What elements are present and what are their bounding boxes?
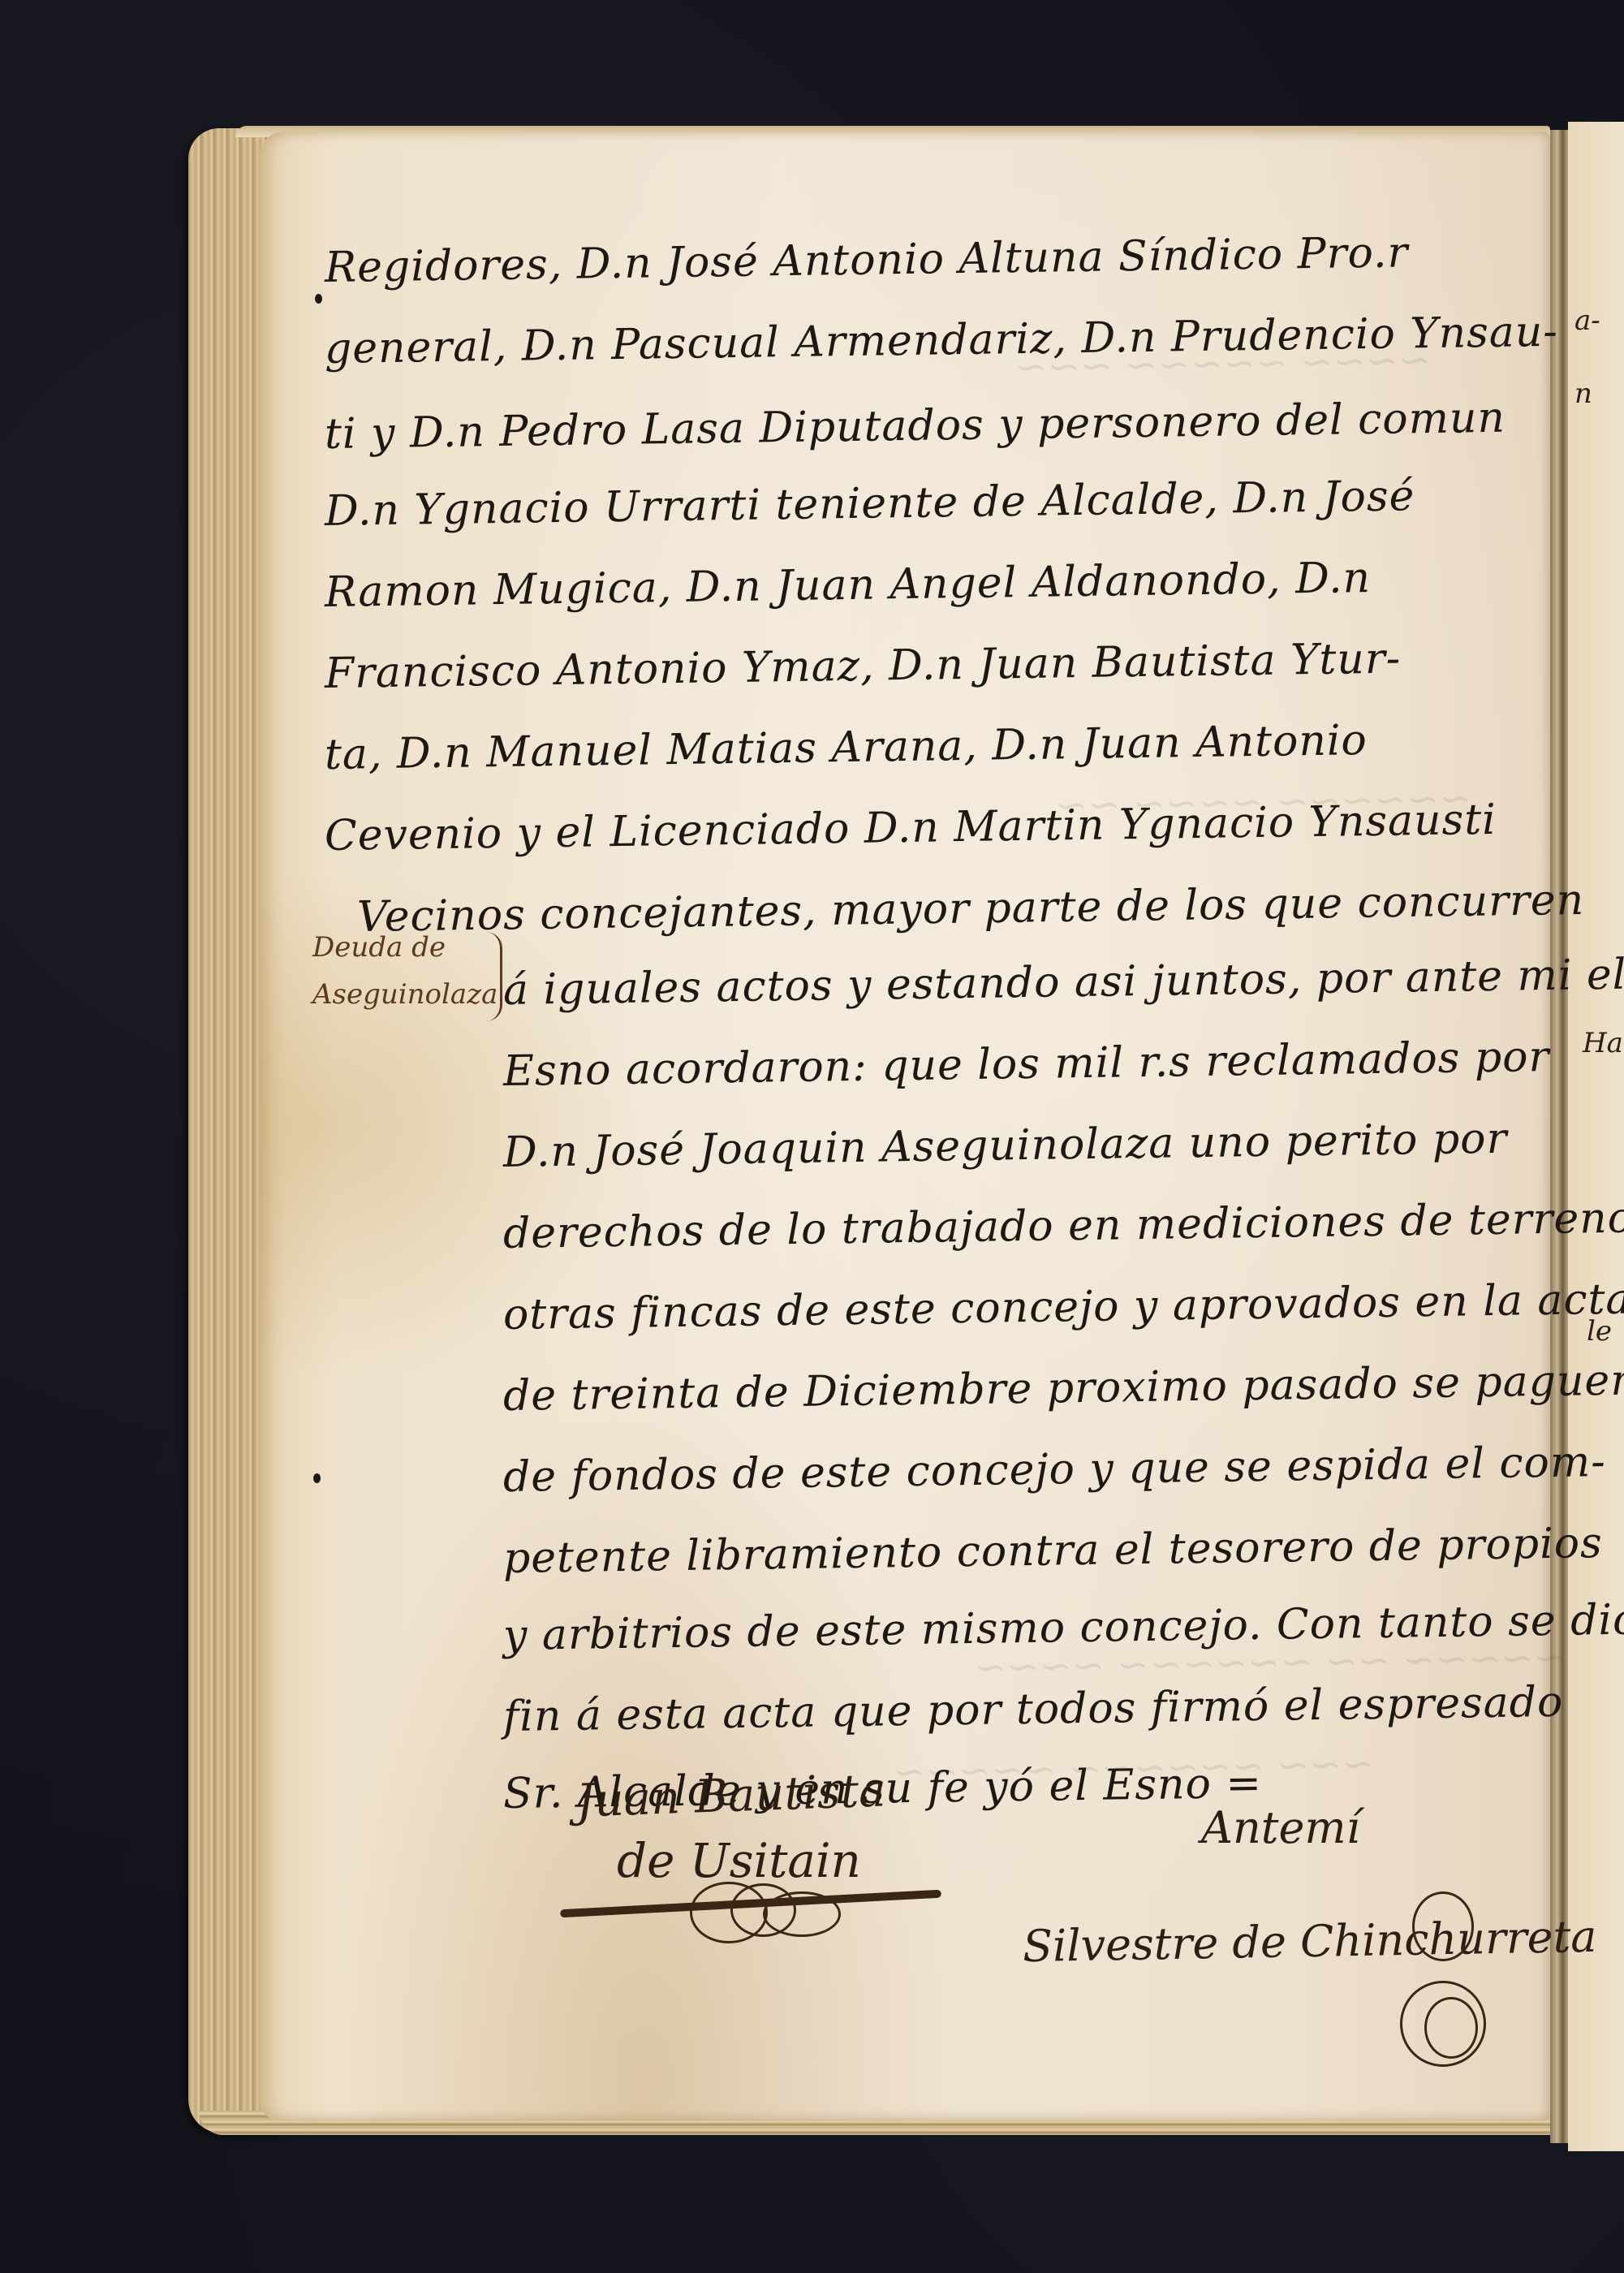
signature-left-line1: Juan Bautista: [575, 1764, 886, 1827]
signature-right-antemi: Antemí: [1201, 1802, 1360, 1853]
facing-page-edge: [1568, 122, 1624, 2151]
signature-right-name: Silvestre de Chinchurreta: [1023, 1911, 1597, 1972]
signature-left-line2: de Usitain: [617, 1833, 861, 1888]
facing-page-fragment: n: [1574, 377, 1592, 410]
ink-mark: [528, 347, 532, 354]
book-gutter: [1550, 130, 1568, 2143]
ink-mark: [313, 1473, 321, 1483]
margin-note-line: Deuda de: [312, 924, 498, 971]
signature-flourish: [1412, 1891, 1474, 1961]
signature-flourish: [1424, 1997, 1478, 2059]
margin-brace: [480, 932, 502, 1021]
signature-rubric-loop: [763, 1891, 841, 1937]
ink-mark: [315, 294, 322, 304]
margin-note-line: Aseguinolaza: [312, 971, 498, 1018]
facing-page-fragment: Ha: [1583, 1027, 1623, 1059]
margin-note: Deuda de Aseguinolaza: [312, 924, 498, 1018]
facing-page-fragment: a-: [1574, 304, 1600, 337]
